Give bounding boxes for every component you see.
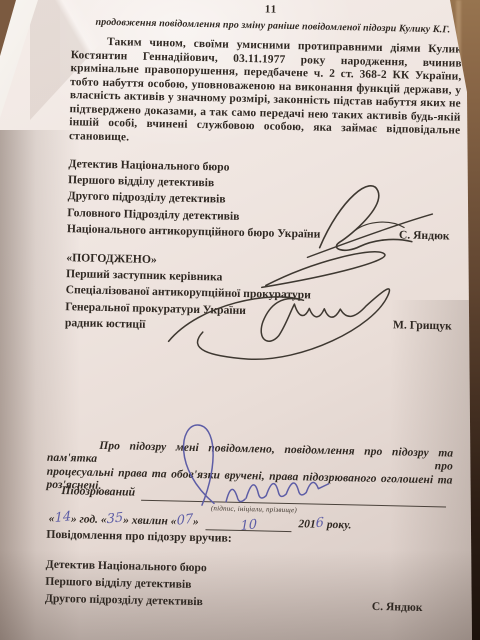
handwritten-minutes: 35 [107,510,124,527]
detective-line: Другого підрозділу детективів [45,590,206,610]
hour-label: год. [79,513,98,525]
document-content: 11 продовження повідомлення про зміну ра… [0,0,480,640]
handwritten-year-digit: 6 [316,515,324,531]
detective-block-1: Детектив Національного бюро Першого відд… [67,156,322,243]
quote-open: « [49,513,55,525]
signature-suspect-blue-icon [134,416,326,512]
minutes-label: хвилин [132,515,168,528]
body-paragraph: Таким чином, своїми умисними протиправни… [69,35,462,152]
year-suffix: року. [327,519,352,532]
signatory-name-3: С. Яндюк [372,600,423,614]
running-header: продовження повідомлення про зміну раніш… [95,17,450,36]
signatory-name-2: М. Грищук [393,318,452,332]
quote-close: » [71,513,77,525]
quote-close: » [123,514,129,526]
signature-caption: (підпис, ініціали, прізвище) [211,504,297,514]
suspect-role-label: Підозрюваний [61,483,135,500]
handwritten-day: 07 [176,512,193,529]
signature-hryshchuk-icon [152,239,405,369]
handwritten-month: 10 [240,517,257,534]
detective-block-2: Детектив Національного бюро Першого відд… [45,557,207,611]
page-number: 11 [265,3,278,15]
signatory-name-1: С. Яндюк [399,228,450,242]
photo-of-document: 11 продовження повідомлення про зміну ра… [0,0,480,640]
handwritten-hour: 14 [54,509,71,526]
year-printed: 201 [298,518,316,530]
document-sheet: 11 продовження повідомлення про зміну ра… [0,0,480,640]
quote-open: « [171,515,177,527]
month-blank-line: 10 [205,514,291,532]
delivery-line: Повідомлення про підозру вручив: [46,527,232,546]
